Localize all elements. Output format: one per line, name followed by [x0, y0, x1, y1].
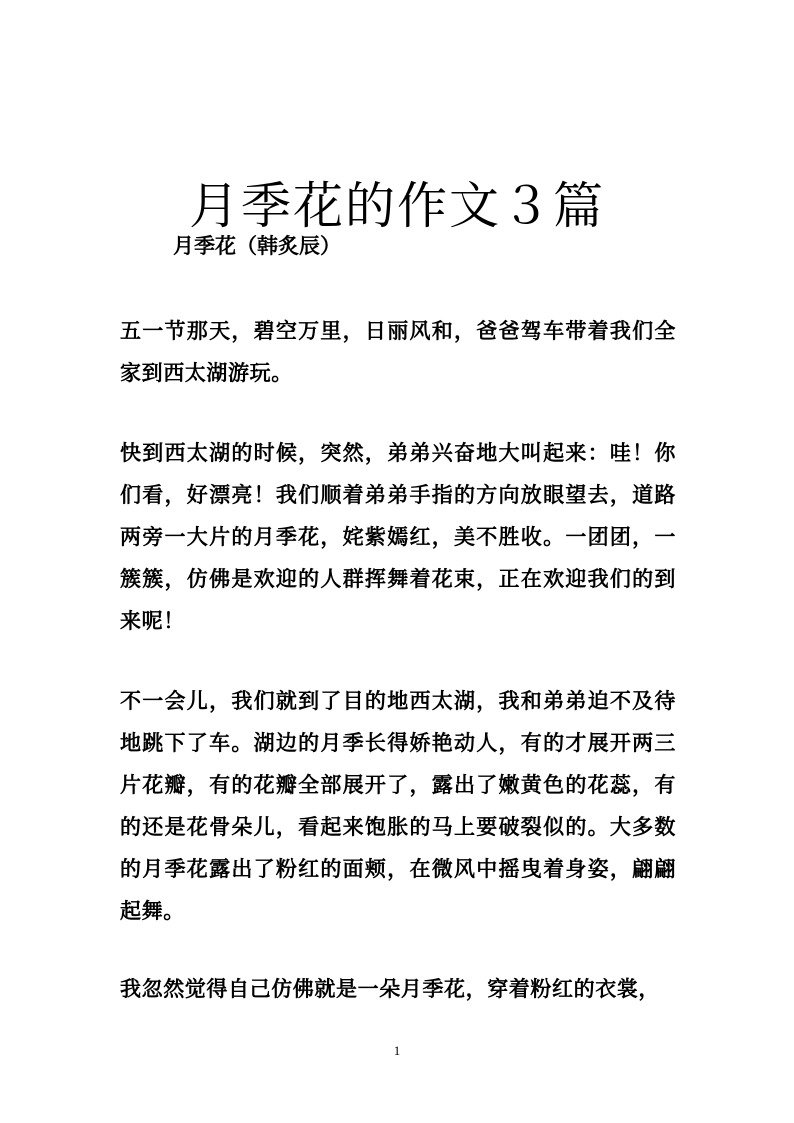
paragraph-2: 快到西太湖的时候，突然，弟弟兴奋地大叫起来：哇！你们看，好漂亮！我们顺着弟弟手指… [120, 432, 676, 642]
paragraph-1: 五一节那天，碧空万里，日丽风和，爸爸驾车带着我们全家到西太湖游玩。 [120, 310, 676, 394]
paragraph-4: 我忽然觉得自己仿佛就是一朵月季花，穿着粉红的衣裳， [120, 968, 676, 1010]
page-number: 1 [0, 1043, 794, 1059]
essay-subtitle: 月季花（韩炙辰） [173, 230, 341, 262]
document-title: 月季花的作文３篇 [0, 174, 794, 238]
paragraph-3: 不一会儿，我们就到了目的地西太湖，我和弟弟迫不及待地跳下了车。湖边的月季长得娇艳… [120, 680, 676, 932]
